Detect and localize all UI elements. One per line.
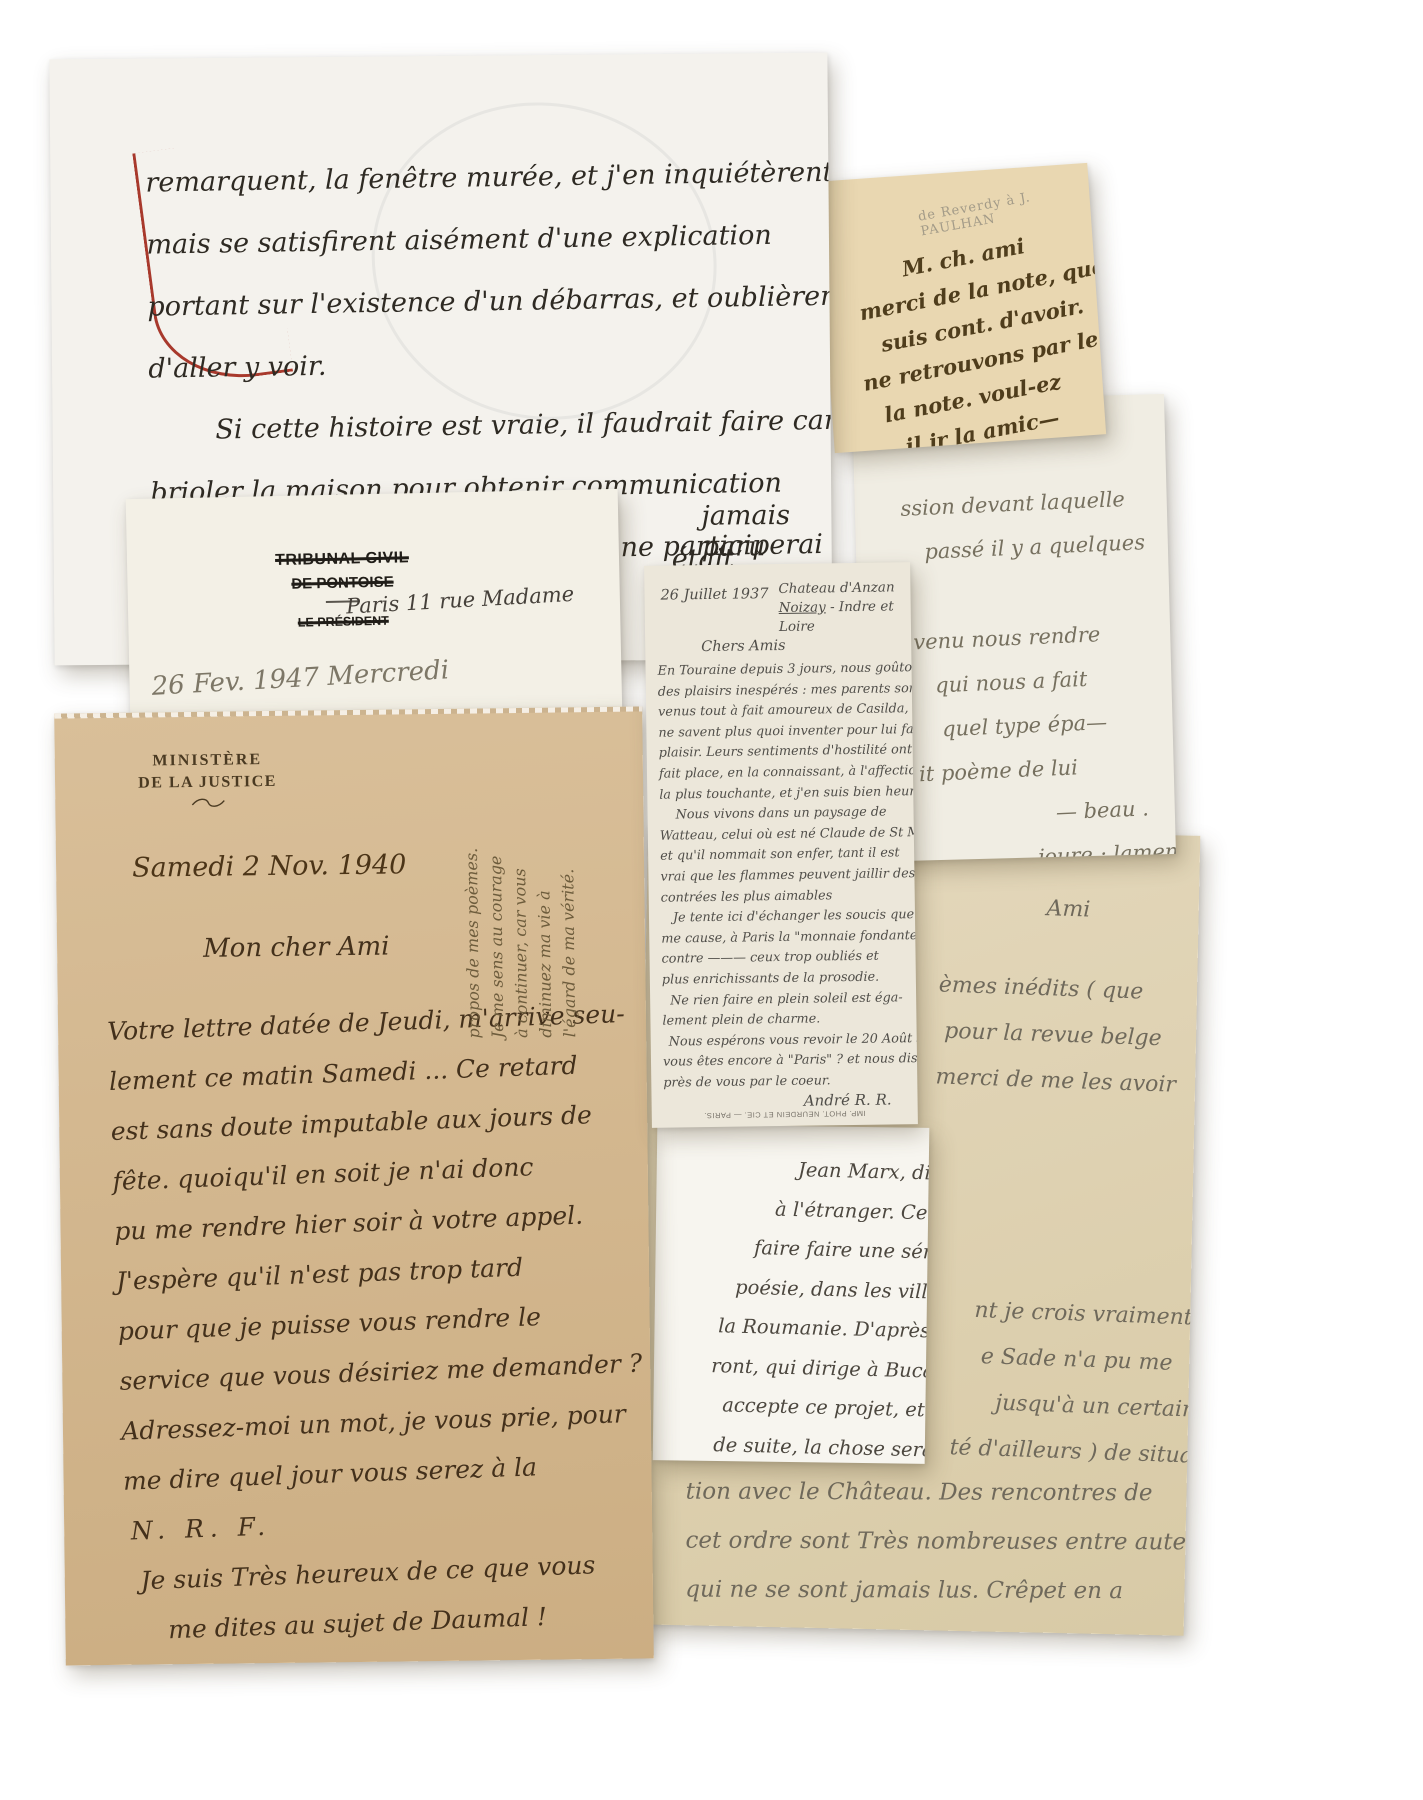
jean-marx-letter-lines: Jean Marx, directeur desà l'étranger. Ce… [653,1124,930,1464]
reverdy-note-lines: M. ch. amimerci de la note, quesuis cont… [840,206,1106,453]
handwriting-line: vous êtes encore à "Paris" ? et nous dis… [663,1049,913,1073]
card-1937-sheet: 26 Juillet 1937 Chateau d'Anzan Noizay -… [644,562,918,1128]
tribunal-note-sheet: TRIBUNAL CIVIL DE PONTOISE LE PRÉSIDENT … [126,489,623,725]
card-address-place: Noizay [779,599,826,616]
handwriting-line: tion avec le Château. Des rencontres de [686,1468,1186,1519]
handwriting-line: la Roumanie. D'après [718,1306,927,1351]
handwriting-line: poésie, dans les villes [735,1267,928,1311]
handwriting-line: qui ne se sont jamais lus. Crêpet en a [685,1566,1185,1617]
vertical-margin-note: propos de mes poèmes.Je me sens au coura… [458,707,582,1038]
letterhead-line: DE LA JUSTICE [105,773,310,794]
pencil-date: 26 Fev. 1947 Mercredi [151,655,450,702]
card-body-lines: En Touraine depuis 3 jours, nous goûtons… [657,658,913,1094]
handwriting-line: fait place, en la connaissant, à l'affec… [659,761,909,785]
card-address-line: Chateau d'Anzan [778,578,910,599]
handwriting-line: de suite, la chose sera [713,1425,924,1464]
handwriting-line: Jean Marx, directeur des [798,1150,930,1193]
handwriting-line: passé il y a quelques [923,519,1167,574]
ministere-letterhead: MINISTÈRE DE LA JUSTICE [105,751,311,815]
jean-marx-letter-sheet: Jean Marx, directeur desà l'étranger. Ce… [653,1124,930,1464]
card-date: 26 Juillet 1937 [660,586,768,604]
handwriting-line: à l'étranger. Ce dernier [775,1189,930,1232]
handwriting-line: merci de me les avoir [935,1054,1201,1110]
card-address: Chateau d'Anzan Noizay - Indre et Loire [778,578,911,637]
letter-salutation: Mon cher Ami [203,932,390,964]
tan-letter-bottom-lines: tion avec le Château. Des rencontres dec… [685,1468,1186,1617]
handwriting-line: faire faire une série de [754,1228,929,1272]
handwriting-line: En Touraine depuis 3 jours, nous goûtons [657,658,907,682]
handwriting-line: portant sur l'existence d'un débarras, e… [147,266,815,338]
handwriting-line: plus enrichissants de la prosodie. [662,967,912,991]
card-salutation: Chers Amis [701,638,786,655]
handwriting-line: mais se satisfirent aisément d'une expli… [146,204,814,276]
letterhead-line: TRIBUNAL CIVIL [237,548,447,570]
handwriting-line: Ami [1046,886,1201,939]
letterhead-line: MINISTÈRE [105,751,310,772]
handwriting-line: l'égard de ma vérité. [554,707,582,1037]
flourish-ornament-icon [105,795,310,816]
tan-letter-fragments: Amièmes inédits ( quepour la revue belge… [917,882,1200,1480]
card-signature: André R. R. [804,1090,892,1109]
handwriting-line: vrai que les flammes peuvent jaillir des [660,864,910,888]
handwriting-line: remarquent, la fenêtre murée, et j'en in… [145,142,813,214]
ministere-letter-lines: Votre lettre datée de Jeudi, m'arrive se… [106,989,653,1657]
handwriting-line: d'aller y voir. [148,328,816,400]
letters-photograph: Amièmes inédits ( quepour la revue belge… [0,0,1423,1800]
ministere-letter-sheet: MINISTÈRE DE LA JUSTICE Samedi 2 Nov. 19… [54,706,654,1665]
reverdy-note-sheet: de Reverdy à J. PAULHAN M. ch. amimerci … [816,163,1106,453]
handwriting-line: ront, qui dirige à Bucarest [711,1346,926,1391]
handwriting-line: cet ordre sont Très nombreuses entre aut… [685,1517,1185,1568]
handwriting-line: Ne rien faire en plein soleil est éga- [662,988,912,1012]
letterhead-line: LE PRÉSIDENT [238,612,448,630]
handwriting-line: — beau . [1055,785,1176,834]
printer-imprint: IMP. PHOT. NEURDEIN ET CIE. — PARIS. [652,1108,918,1121]
letter-date: Samedi 2 Nov. 1940 [132,849,407,883]
card-address-line: Noizay - Indre et Loire [779,597,912,637]
handwriting-line: Si cette histoire est vraie, il faudrait… [149,390,817,462]
handwriting-line: jusqu'à un certain [994,1381,1200,1435]
handwriting-line: accepte ce projet, et [722,1385,925,1429]
